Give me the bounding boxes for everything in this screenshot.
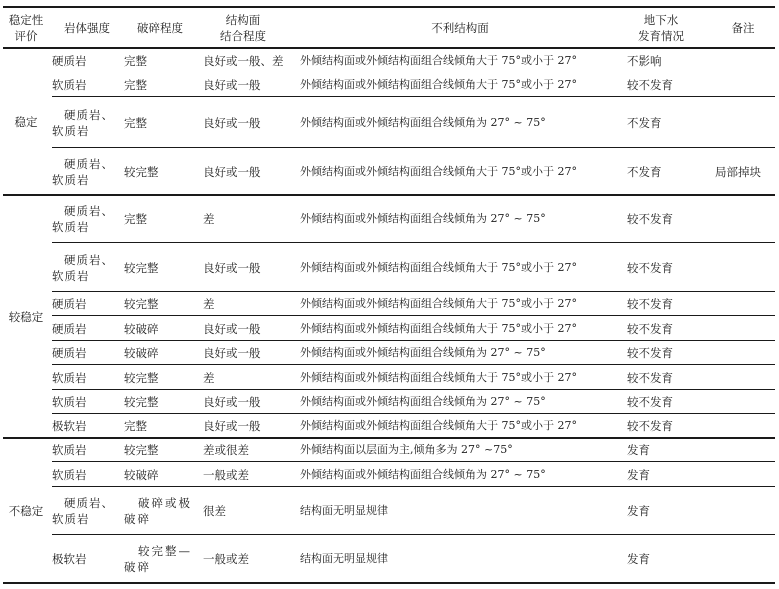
group-bottom-rule <box>3 437 775 439</box>
cell-remarks: 局部掉块 <box>715 164 761 180</box>
cell-adverse-structure: 外倾结构面或外倾结构面组合线倾角大于 75°或小于 27° <box>300 370 577 386</box>
header-rock-strength: 岩体强度 <box>52 20 122 36</box>
cell-adverse-structure: 外倾结构面或外倾结构面组合线倾角大于 75°或小于 27° <box>300 260 577 276</box>
cell-rock-strength: 硬质岩、软质岩 <box>52 203 122 235</box>
cell-rock-strength: 硬质岩、软质岩 <box>52 495 122 527</box>
cell-rock-strength: 硬质岩、软质岩 <box>52 252 122 284</box>
cell-fragmentation: 破碎或极破碎 <box>124 495 196 527</box>
cell-adverse-structure: 结构面无明显规律 <box>300 503 388 519</box>
cell-groundwater: 较不发育 <box>627 296 673 312</box>
cell-fragmentation: 完整 <box>124 211 147 227</box>
cell-adverse-structure: 外倾结构面或外倾结构面组合线倾角为 27° ~ 75° <box>300 115 546 131</box>
row-rule <box>52 461 775 462</box>
cell-joint-bonding: 良好或一般 <box>203 77 261 93</box>
cell-adverse-structure: 外倾结构面或外倾结构面组合线倾角为 27° ~ 75° <box>300 211 546 227</box>
cell-groundwater: 较不发育 <box>627 345 673 361</box>
cell-rock-strength: 极软岩 <box>52 418 87 434</box>
cell-adverse-structure: 外倾结构面或外倾结构面组合线倾角为 27° ~ 75° <box>300 345 546 361</box>
cell-fragmentation: 较完整 <box>124 442 159 458</box>
cell-fragmentation: 较破碎 <box>124 467 159 483</box>
group-label: 稳定 <box>3 114 49 130</box>
header-groundwater: 地下水 发育情况 <box>621 12 701 44</box>
cell-fragmentation: 较完整 <box>124 260 159 276</box>
cell-adverse-structure: 外倾结构面或外倾结构面组合线倾角大于 75°或小于 27° <box>300 164 577 180</box>
cell-adverse-structure: 外倾结构面或外倾结构面组合线倾角大于 75°或小于 27° <box>300 321 577 337</box>
cell-joint-bonding: 良好或一般 <box>203 418 261 434</box>
cell-groundwater: 不发育 <box>627 115 662 131</box>
cell-groundwater: 较不发育 <box>627 370 673 386</box>
cell-rock-strength: 软质岩 <box>52 77 87 93</box>
row-rule <box>52 534 775 535</box>
cell-joint-bonding: 很差 <box>203 503 226 519</box>
cell-groundwater: 发育 <box>627 442 650 458</box>
cell-adverse-structure: 外倾结构面以层面为主,倾角多为 27° ~75° <box>300 442 513 458</box>
cell-rock-strength: 硬质岩 <box>52 345 87 361</box>
cell-joint-bonding: 良好或一般 <box>203 115 261 131</box>
cell-fragmentation: 较完整 <box>124 164 159 180</box>
cell-adverse-structure: 外倾结构面或外倾结构面组合线倾角大于 75°或小于 27° <box>300 418 577 434</box>
row-rule <box>52 389 775 390</box>
cell-fragmentation: 完整 <box>124 418 147 434</box>
header-adverse-structure: 不利结构面 <box>300 20 620 36</box>
cell-joint-bonding: 良好或一般 <box>203 394 261 410</box>
cell-joint-bonding: 良好或一般 <box>203 345 261 361</box>
cell-rock-strength: 极软岩 <box>52 551 87 567</box>
cell-rock-strength: 软质岩 <box>52 467 87 483</box>
cell-groundwater: 发育 <box>627 503 650 519</box>
cell-joint-bonding: 差 <box>203 211 215 227</box>
cell-joint-bonding: 良好或一般 <box>203 321 261 337</box>
cell-rock-strength: 软质岩 <box>52 394 87 410</box>
cell-joint-bonding: 良好或一般 <box>203 260 261 276</box>
cell-rock-strength: 软质岩 <box>52 442 87 458</box>
cell-adverse-structure: 外倾结构面或外倾结构面组合线倾角大于 75°或小于 27° <box>300 77 577 93</box>
cell-groundwater: 不影响 <box>627 53 662 69</box>
cell-joint-bonding: 一般或差 <box>203 551 249 567</box>
cell-groundwater: 发育 <box>627 467 650 483</box>
row-rule <box>52 413 775 414</box>
group-label: 较稳定 <box>3 309 49 325</box>
cell-groundwater: 较不发育 <box>627 321 673 337</box>
cell-fragmentation: 较破碎 <box>124 345 159 361</box>
cell-fragmentation: 较完整—破碎 <box>124 543 196 575</box>
cell-joint-bonding: 差 <box>203 296 215 312</box>
cell-groundwater: 发育 <box>627 551 650 567</box>
cell-groundwater: 不发育 <box>627 164 662 180</box>
cell-groundwater: 较不发育 <box>627 211 673 227</box>
row-rule <box>52 315 775 316</box>
cell-adverse-structure: 外倾结构面或外倾结构面组合线倾角为 27° ~ 75° <box>300 394 546 410</box>
cell-rock-strength: 硬质岩 <box>52 321 87 337</box>
cell-fragmentation: 较破碎 <box>124 321 159 337</box>
row-rule <box>52 340 775 341</box>
cell-joint-bonding: 差 <box>203 370 215 386</box>
group-bottom-rule <box>3 194 775 196</box>
cell-fragmentation: 较完整 <box>124 394 159 410</box>
header-fragmentation: 破碎程度 <box>124 20 196 36</box>
cell-joint-bonding: 差或很差 <box>203 442 249 458</box>
cell-rock-strength: 软质岩 <box>52 370 87 386</box>
cell-rock-strength: 硬质岩 <box>52 296 87 312</box>
cell-rock-strength: 硬质岩 <box>52 53 87 69</box>
row-rule <box>52 291 775 292</box>
header-remarks: 备注 <box>715 20 771 36</box>
row-rule <box>52 364 775 365</box>
row-rule <box>52 147 775 148</box>
cell-rock-strength: 硬质岩、软质岩 <box>52 107 122 139</box>
cell-rock-strength: 硬质岩、软质岩 <box>52 156 122 188</box>
cell-adverse-structure: 结构面无明显规律 <box>300 551 388 567</box>
cell-joint-bonding: 一般或差 <box>203 467 249 483</box>
header-bottom-rule <box>3 47 775 49</box>
row-rule <box>52 96 775 97</box>
cell-joint-bonding: 良好或一般、差 <box>203 53 284 69</box>
cell-groundwater: 较不发育 <box>627 260 673 276</box>
row-rule <box>52 242 775 243</box>
header-joint-bonding: 结构面 结合程度 <box>203 12 283 44</box>
cell-adverse-structure: 外倾结构面或外倾结构面组合线倾角大于 75°或小于 27° <box>300 296 577 312</box>
cell-fragmentation: 完整 <box>124 77 147 93</box>
header-stability: 稳定性 评价 <box>3 12 49 44</box>
cell-fragmentation: 完整 <box>124 53 147 69</box>
cell-fragmentation: 完整 <box>124 115 147 131</box>
cell-joint-bonding: 良好或一般 <box>203 164 261 180</box>
cell-groundwater: 较不发育 <box>627 418 673 434</box>
cell-adverse-structure: 外倾结构面或外倾结构面组合线倾角大于 75°或小于 27° <box>300 53 577 69</box>
cell-fragmentation: 较完整 <box>124 370 159 386</box>
cell-adverse-structure: 外倾结构面或外倾结构面组合线倾角为 27° ~ 75° <box>300 467 546 483</box>
cell-groundwater: 较不发育 <box>627 77 673 93</box>
cell-groundwater: 较不发育 <box>627 394 673 410</box>
group-label: 不稳定 <box>3 503 49 519</box>
group-bottom-rule <box>3 582 775 584</box>
table-top-rule <box>3 6 775 8</box>
row-rule <box>52 486 775 487</box>
cell-fragmentation: 较完整 <box>124 296 159 312</box>
